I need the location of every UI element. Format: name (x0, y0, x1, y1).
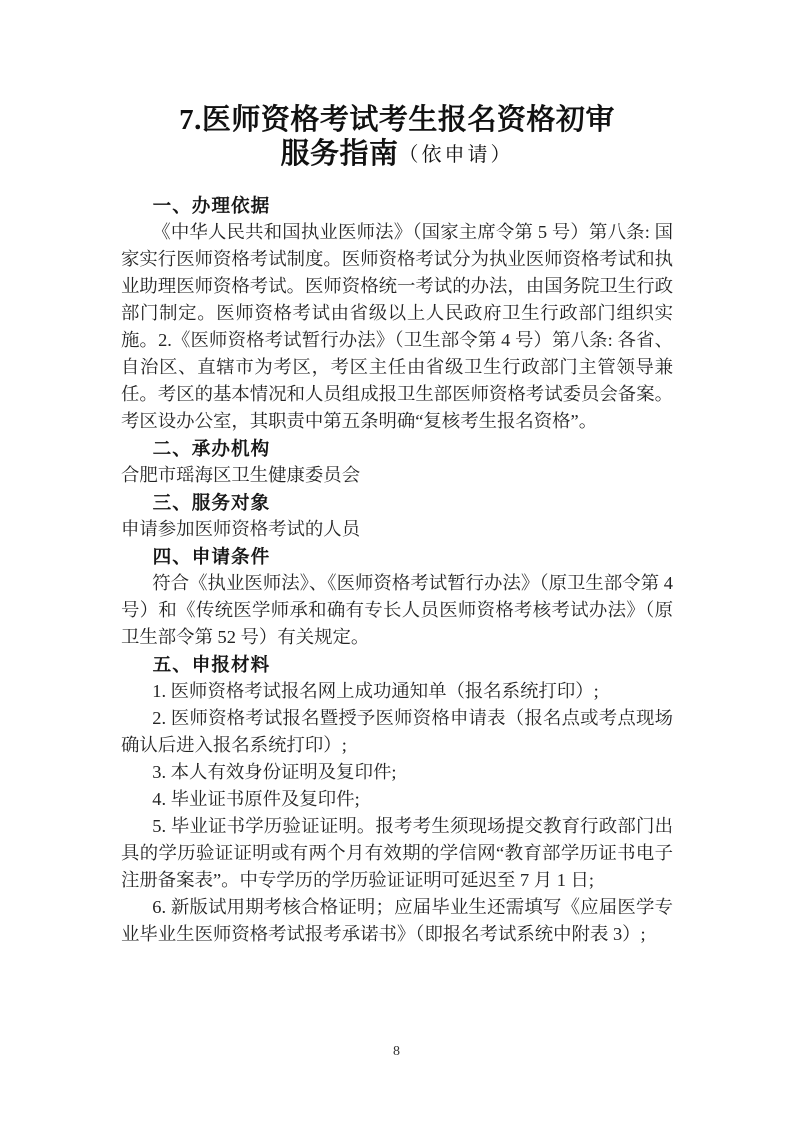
paragraph: 合肥市瑶海区卫生健康委员会 (121, 462, 673, 489)
list-item: 2. 医师资格考试报名暨授予医师资格申请表（报名点或考点现场确认后进入报名系统打… (121, 705, 673, 759)
list-item: 5. 毕业证书学历验证证明。报考考生须现场提交教育行政部门出具的学历验证证明或有… (121, 813, 673, 894)
section-service-target: 三、服务对象 申请参加医师资格考试的人员 (121, 489, 673, 543)
section-heading: 四、申请条件 (121, 543, 673, 570)
document-page: 7.医师资格考试考生报名资格初审 服务指南（依申请） 一、办理依据 《中华人民共… (0, 0, 793, 1122)
section-application-materials: 五、申报材料 1. 医师资格考试报名网上成功通知单（报名系统打印）; 2. 医师… (121, 651, 673, 948)
list-item: 1. 医师资格考试报名网上成功通知单（报名系统打印）; (121, 678, 673, 705)
section-heading: 三、服务对象 (121, 489, 673, 516)
paragraph: 符合《执业医师法》、《医师资格考试暂行办法》（原卫生部令第 4 号）和《传统医学… (121, 570, 673, 651)
paragraph: 《中华人民共和国执业医师法》（国家主席令第 5 号）第八条: 国家实行医师资格考… (121, 219, 673, 435)
title-line-2-note: （依申请） (399, 144, 514, 166)
section-application-conditions: 四、申请条件 符合《执业医师法》、《医师资格考试暂行办法》（原卫生部令第 4 号… (121, 543, 673, 651)
paragraph: 申请参加医师资格考试的人员 (121, 516, 673, 543)
section-heading: 二、承办机构 (121, 435, 673, 462)
list-item: 3. 本人有效身份证明及复印件; (121, 759, 673, 786)
list-item: 4. 毕业证书原件及复印件; (121, 786, 673, 813)
title-line-1: 7.医师资格考试考生报名资格初审 (121, 103, 673, 137)
document-body: 一、办理依据 《中华人民共和国执业医师法》（国家主席令第 5 号）第八条: 国家… (121, 192, 673, 948)
title-line-2: 服务指南（依申请） (121, 137, 673, 172)
section-heading: 五、申报材料 (121, 651, 673, 678)
section-heading: 一、办理依据 (121, 192, 673, 219)
page-number: 8 (0, 1044, 793, 1060)
list-item: 6. 新版试用期考核合格证明；应届毕业生还需填写《应届医学专业毕业生医师资格考试… (121, 894, 673, 948)
page-title: 7.医师资格考试考生报名资格初审 服务指南（依申请） (121, 103, 673, 172)
section-undertaking-agency: 二、承办机构 合肥市瑶海区卫生健康委员会 (121, 435, 673, 489)
title-line-2-main: 服务指南 (280, 138, 398, 170)
section-legal-basis: 一、办理依据 《中华人民共和国执业医师法》（国家主席令第 5 号）第八条: 国家… (121, 192, 673, 435)
